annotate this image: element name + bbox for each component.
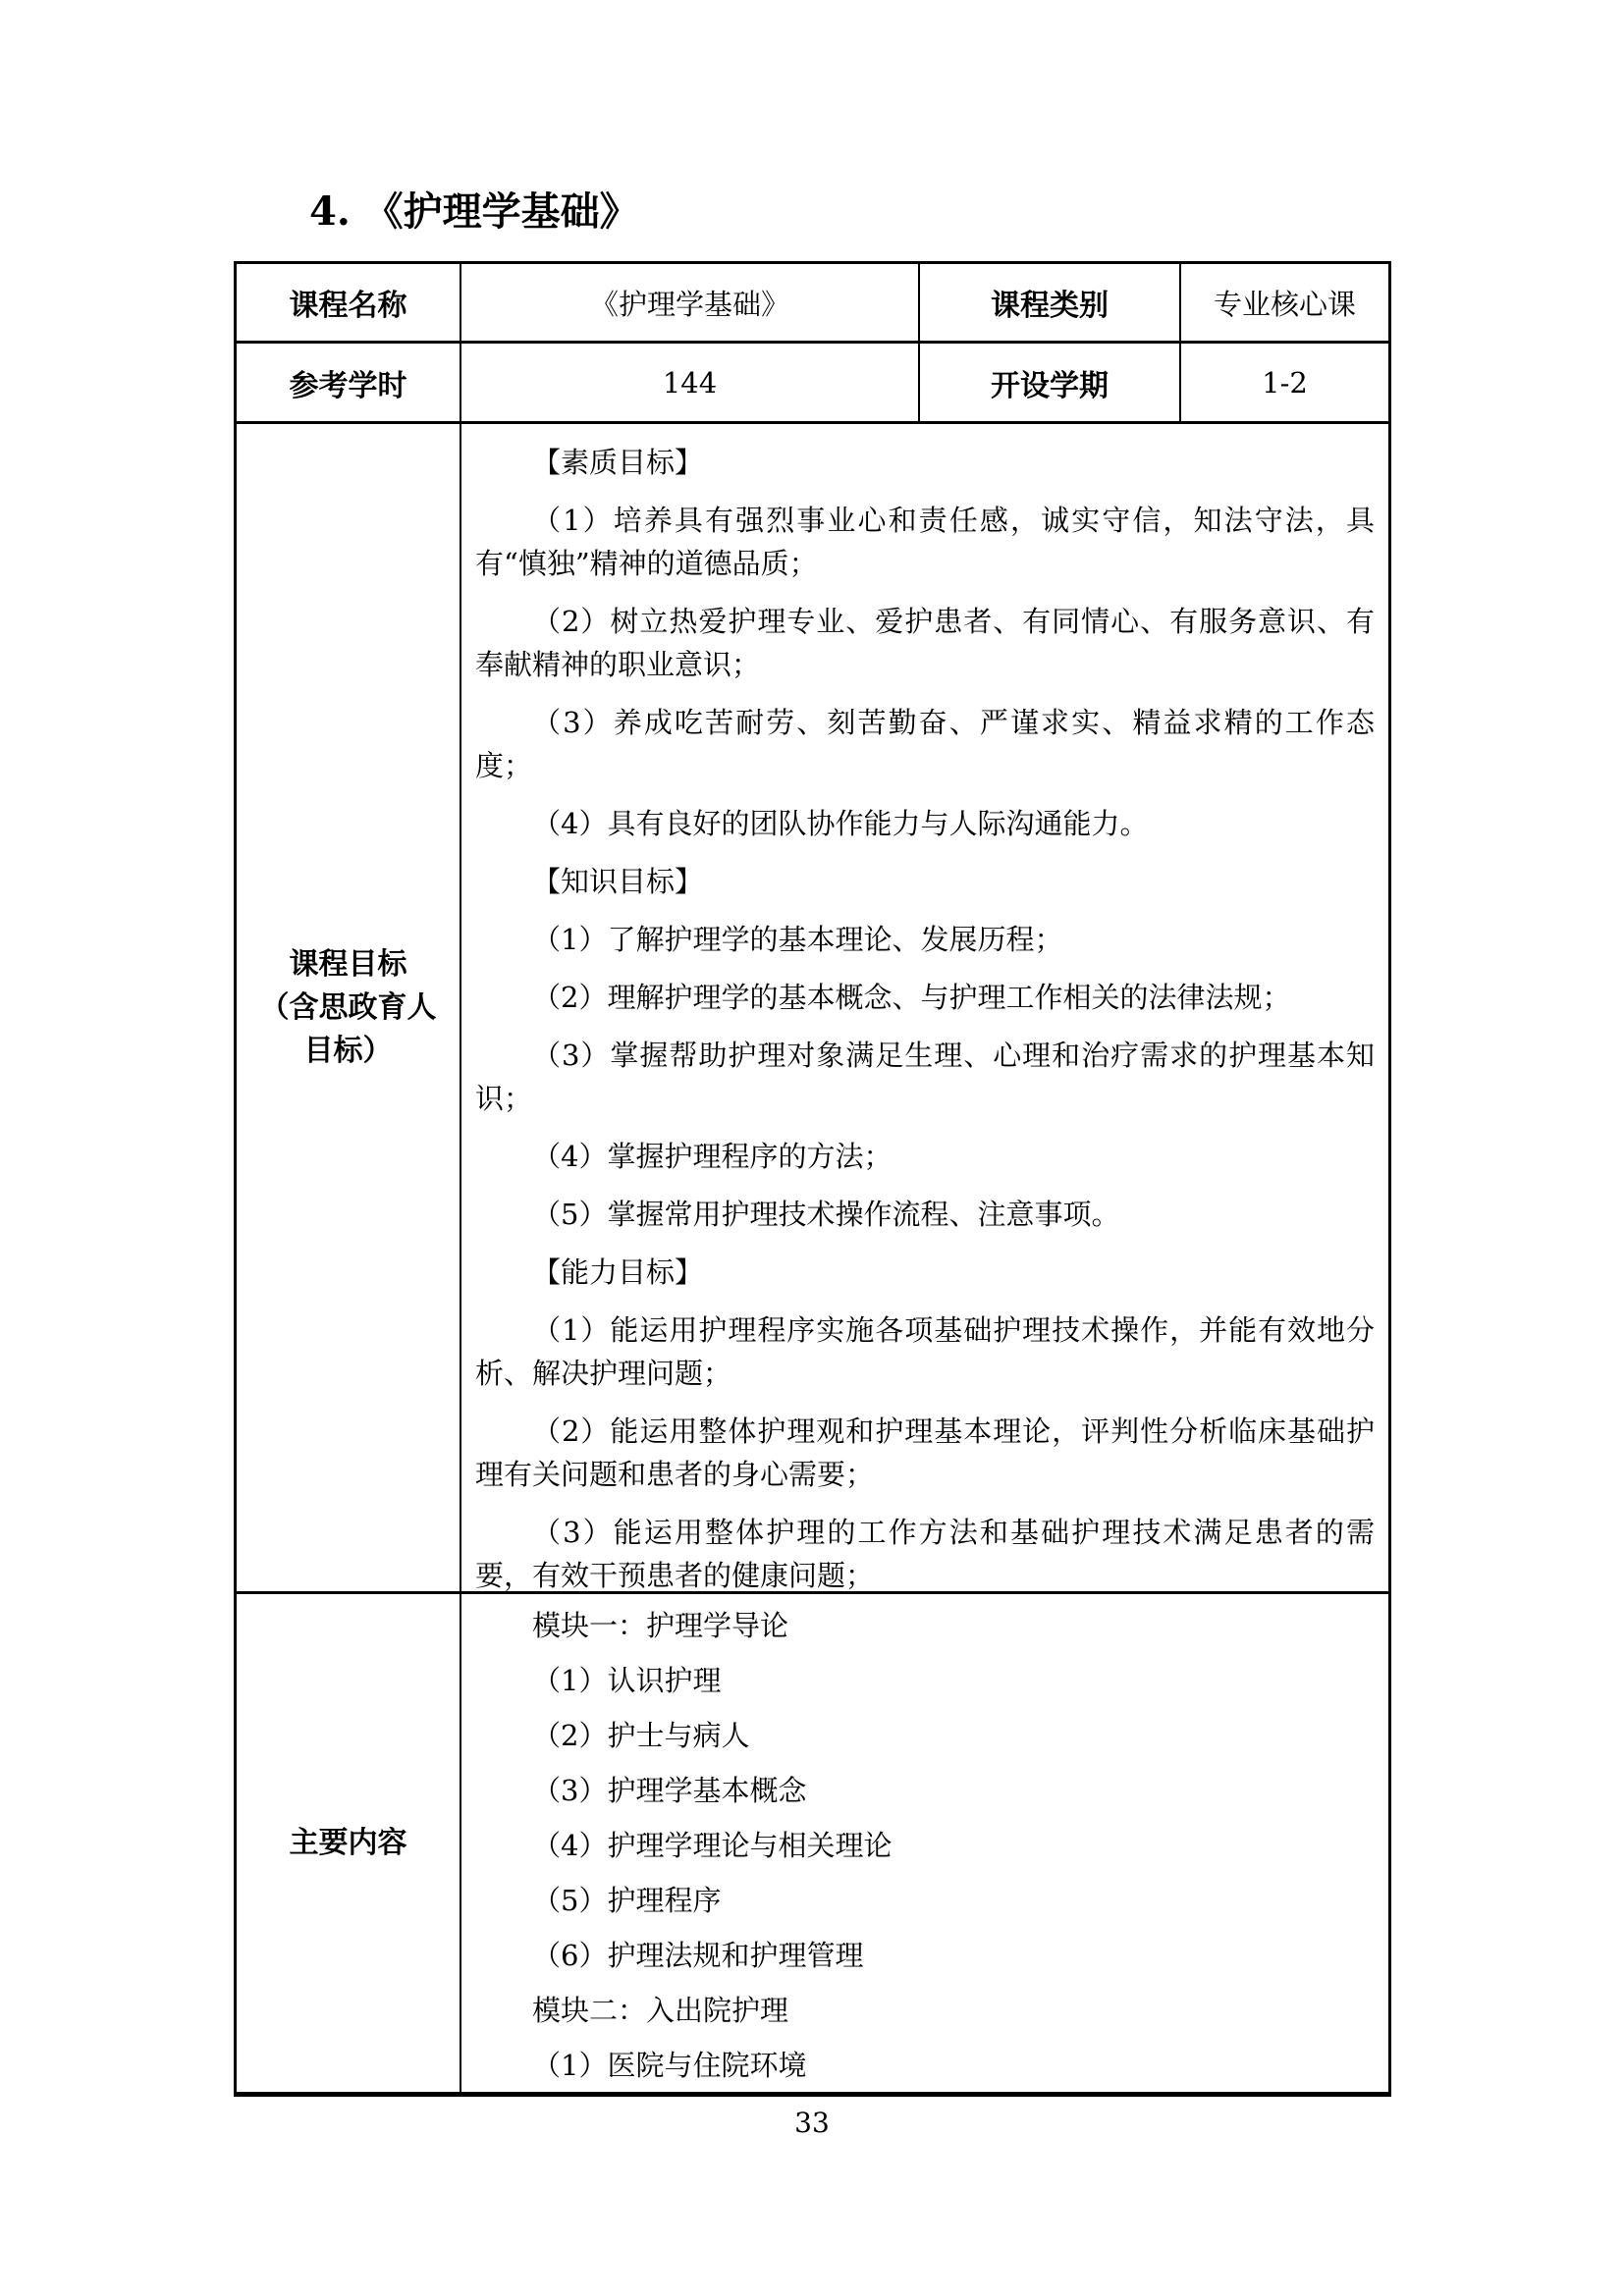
course-objectives-label-line: 课程目标 (290, 943, 407, 987)
objectives-paragraph: （5）掌握常用护理技术操作流程、注意事项。 (461, 1193, 1388, 1236)
objectives-paragraph: （4）具有良好的团队协作能力与人际沟通能力。 (461, 802, 1388, 845)
course-name-value: 《护理学基础》 (461, 264, 920, 344)
objectives-paragraph: （4）掌握护理程序的方法； (461, 1135, 1388, 1178)
module-item: （2）护士与病人 (461, 1708, 1388, 1763)
module-item: （4）护理学理论与相关理论 (461, 1818, 1388, 1873)
document-page: 4. 《护理学基础》 课程名称 《护理学基础》 课程类别 专业核心课 参考学时 … (0, 0, 1624, 2296)
objectives-paragraph: （2）能运用整体护理观和护理基本理论，评判性分析临床基础护理有关问题和患者的身心… (461, 1410, 1388, 1496)
course-name-label: 课程名称 (237, 264, 461, 344)
course-objectives-content: 【素质目标】 （1）培养具有强烈事业心和责任感，诚实守信，知法守法，具有“慎独”… (461, 424, 1388, 1594)
course-type-label: 课程类别 (920, 264, 1181, 344)
objectives-paragraph: （1）能运用护理程序实施各项基础护理技术操作，并能有效地分析、解决护理问题； (461, 1308, 1388, 1395)
main-content-label: 主要内容 (237, 1594, 461, 2092)
course-objectives-label: 课程目标 （含思政育人 目标） (237, 424, 461, 1594)
objectives-ability-header: 【能力目标】 (461, 1251, 1388, 1294)
semester-value: 1-2 (1181, 344, 1388, 424)
module-item: （3）护理学基本概念 (461, 1763, 1388, 1818)
module-header: 模块一：护理学导论 (461, 1598, 1388, 1653)
course-type-value: 专业核心课 (1181, 264, 1388, 344)
semester-label: 开设学期 (920, 344, 1181, 424)
page-number: 33 (0, 2107, 1624, 2139)
objectives-paragraph: （3）养成吃苦耐劳、刻苦勤奋、严谨求实、精益求精的工作态度； (461, 701, 1388, 787)
main-content-list: 模块一：护理学导论 （1）认识护理 （2）护士与病人 （3）护理学基本概念 （4… (461, 1594, 1388, 2092)
module-item: （1）医院与住院环境 (461, 2038, 1388, 2092)
objectives-paragraph: （3）掌握帮助护理对象满足生理、心理和治疗需求的护理基本知识； (461, 1034, 1388, 1120)
objectives-knowledge-header: 【知识目标】 (461, 860, 1388, 903)
module-item: （5）护理程序 (461, 1873, 1388, 1928)
objectives-quality-header: 【素质目标】 (461, 441, 1388, 484)
reference-hours-label: 参考学时 (237, 344, 461, 424)
course-objectives-label-line: （含思政育人 (260, 987, 437, 1030)
objectives-paragraph: （3）能运用整体护理的工作方法和基础护理技术满足患者的需要，有效干预患者的健康问… (461, 1511, 1388, 1594)
objectives-paragraph: （2）理解护理学的基本概念、与护理工作相关的法律法规； (461, 976, 1388, 1019)
module-item: （6）护理法规和护理管理 (461, 1928, 1388, 1983)
course-objectives-label-line: 目标） (304, 1030, 393, 1073)
objectives-paragraph: （2）树立热爱护理专业、爱护患者、有同情心、有服务意识、有奉献精神的职业意识； (461, 600, 1388, 686)
reference-hours-value: 144 (461, 344, 920, 424)
objectives-paragraph: （1）了解护理学的基本理论、发展历程； (461, 918, 1388, 961)
module-header: 模块二：入出院护理 (461, 1983, 1388, 2038)
course-info-table: 课程名称 《护理学基础》 课程类别 专业核心课 参考学时 144 开设学期 1-… (234, 261, 1391, 2097)
objectives-paragraph: （1）培养具有强烈事业心和责任感，诚实守信，知法守法，具有“慎独”精神的道德品质… (461, 499, 1388, 585)
module-item: （1）认识护理 (461, 1653, 1388, 1708)
course-section-title: 4. 《护理学基础》 (309, 188, 639, 236)
